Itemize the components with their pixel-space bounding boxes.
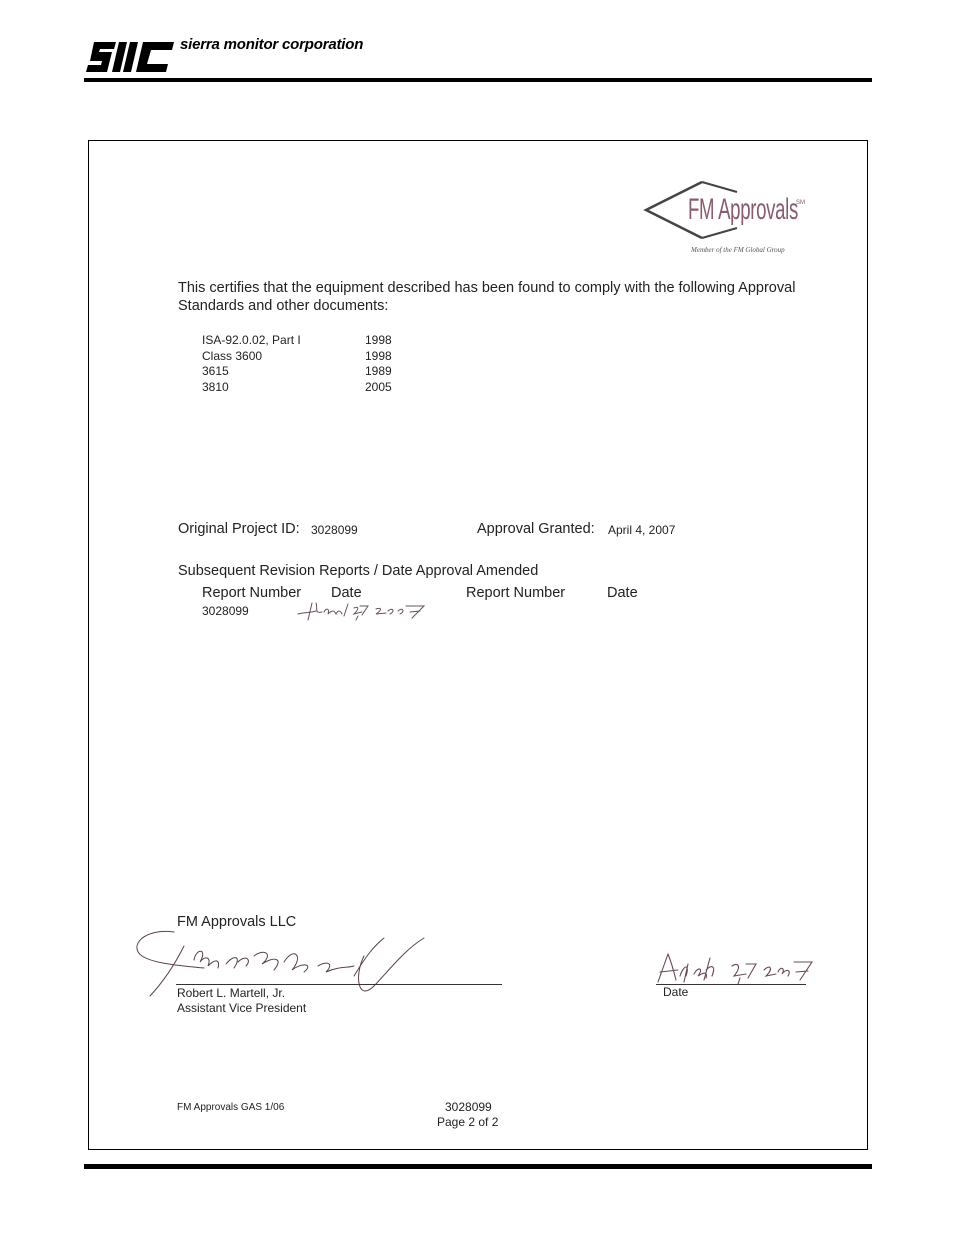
standard-name: 3615 xyxy=(202,364,365,380)
standard-row: 3810 2005 xyxy=(202,380,425,396)
service-mark: SM xyxy=(796,200,805,206)
handwritten-date-icon xyxy=(654,950,814,986)
signature-line xyxy=(176,984,502,985)
standard-name: Class 3600 xyxy=(202,349,365,365)
revision-report-number: 3028099 xyxy=(202,604,249,618)
signer-title: Assistant Vice President xyxy=(177,1001,306,1015)
footer-divider xyxy=(84,1164,872,1169)
standard-year: 1998 xyxy=(365,333,425,349)
date-label: Date xyxy=(663,985,688,999)
standard-name: 3810 xyxy=(202,380,365,396)
header-divider xyxy=(84,78,872,82)
standard-row: ISA-92.0.02, Part I 1998 xyxy=(202,333,425,349)
company-name: sierra monitor corporation xyxy=(180,36,363,53)
approval-granted-value: April 4, 2007 xyxy=(608,523,675,537)
revisions-header-date-2: Date xyxy=(607,585,638,601)
form-id: FM Approvals GAS 1/06 xyxy=(177,1102,284,1113)
approval-granted-label: Approval Granted: xyxy=(477,521,595,537)
signer-name: Robert L. Martell, Jr. xyxy=(177,986,285,1000)
standard-year: 2005 xyxy=(365,380,425,396)
page-number: Page 2 of 2 xyxy=(437,1115,498,1129)
original-project-value: 3028099 xyxy=(311,523,358,537)
revisions-header-report-number: Report Number xyxy=(202,585,301,601)
handwritten-date-icon xyxy=(296,600,428,622)
original-project-label: Original Project ID: xyxy=(178,521,300,537)
standard-name: ISA-92.0.02, Part I xyxy=(202,333,365,349)
fm-tagline: Member of the FM Global Group xyxy=(691,246,785,254)
smc-logo-icon xyxy=(86,40,176,74)
standard-year: 1998 xyxy=(365,349,425,365)
footer-project-id: 3028099 xyxy=(445,1100,492,1114)
standards-list: ISA-92.0.02, Part I 1998 Class 3600 1998… xyxy=(202,333,425,395)
revisions-header-date: Date xyxy=(331,585,362,601)
fm-approvals-brand: FM Approvals xyxy=(688,193,798,227)
revisions-title: Subsequent Revision Reports / Date Appro… xyxy=(178,563,538,579)
standard-year: 1989 xyxy=(365,364,425,380)
certification-statement: This certifies that the equipment descri… xyxy=(178,279,798,315)
standard-row: Class 3600 1998 xyxy=(202,349,425,365)
standard-row: 3615 1989 xyxy=(202,364,425,380)
revisions-header-report-number-2: Report Number xyxy=(466,585,565,601)
